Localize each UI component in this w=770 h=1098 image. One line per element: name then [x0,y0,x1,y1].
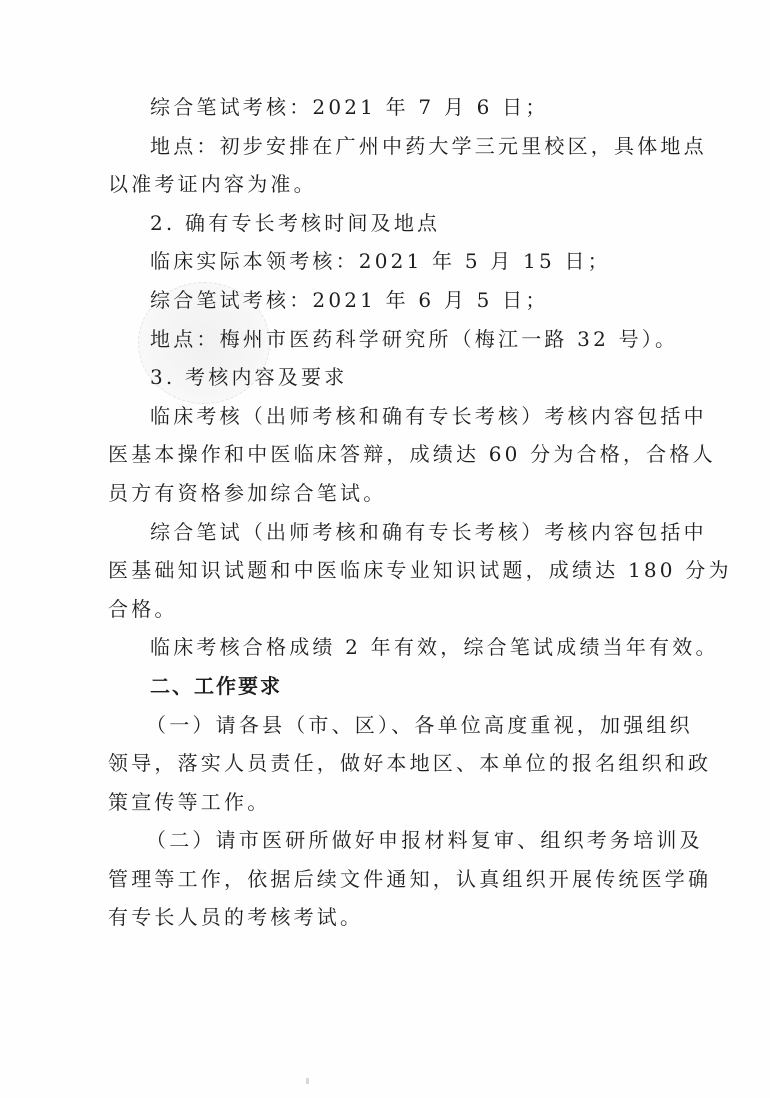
paragraph-clinical-exam-cont-2: 员方有资格参加综合笔试。 [108,474,668,513]
document-body: 综合笔试考核：2021 年 7 月 6 日； 地点：初步安排在广州中药大学三元里… [108,88,668,937]
paragraph-requirement-2-cont-1: 管理等工作，依据后续文件通知，认真组织开展传统医学确 [108,860,668,899]
paragraph-requirement-2-cont-2: 有专长人员的考核考试。 [108,898,668,937]
exam-line-location-1-cont: 以准考证内容为准。 [108,165,668,204]
paragraph-validity: 临床考核合格成绩 2 年有效，综合笔试成绩当年有效。 [108,628,668,667]
scan-artifact-mark [306,1078,309,1084]
paragraph-written-exam-cont-2: 合格。 [108,590,668,629]
paragraph-written-exam-cont-1: 医基础知识试题和中医临床专业知识试题，成绩达 180 分为 [108,551,668,590]
paragraph-requirement-1-cont-2: 策宣传等工作。 [108,783,668,822]
document-page: 综合笔试考核：2021 年 7 月 6 日； 地点：初步安排在广州中药大学三元里… [0,0,770,1098]
exam-line-location-2: 地点：梅州市医药科学研究所（梅江一路 32 号）。 [108,320,668,359]
exam-line-written-test-date-2: 综合笔试考核：2021 年 6 月 5 日； [108,281,668,320]
section-heading-2: 2. 确有专长考核时间及地点 [108,204,668,243]
paragraph-written-exam: 综合笔试（出师考核和确有专长考核）考核内容包括中 [108,513,668,552]
exam-line-written-test-date-1: 综合笔试考核：2021 年 7 月 6 日； [108,88,668,127]
section-heading-3: 3. 考核内容及要求 [108,358,668,397]
paragraph-requirement-2: （二）请市医研所做好申报材料复审、组织考务培训及 [108,821,668,860]
exam-line-location-1: 地点：初步安排在广州中药大学三元里校区，具体地点 [108,127,668,166]
section-title-work-requirements: 二、工作要求 [108,667,668,706]
paragraph-clinical-exam-cont-1: 医基本操作和中医临床答辩，成绩达 60 分为合格，合格人 [108,435,668,474]
paragraph-requirement-1-cont-1: 领导，落实人员责任，做好本地区、本单位的报名组织和政 [108,744,668,783]
paragraph-clinical-exam: 临床考核（出师考核和确有专长考核）考核内容包括中 [108,397,668,436]
exam-line-clinical-date: 临床实际本领考核：2021 年 5 月 15 日； [108,242,668,281]
paragraph-requirement-1: （一）请各县（市、区）、各单位高度重视，加强组织 [108,706,668,745]
